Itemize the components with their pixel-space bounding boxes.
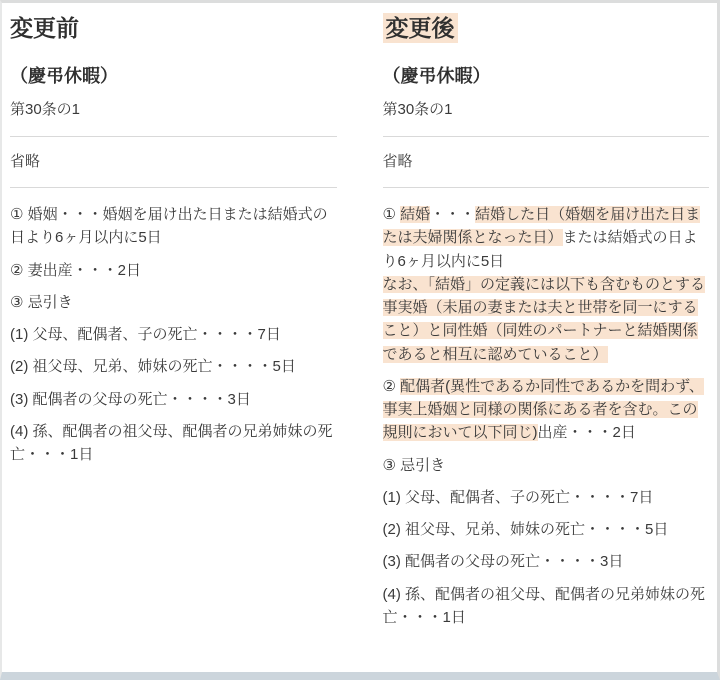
rule-item: ② 妻出産・・・2日 [10,259,337,282]
rule-item: (3) 配偶者の父母の死亡・・・・3日 [383,550,710,573]
text-run: (4) 孫、配偶者の祖父母、配偶者の兄弟姉妹の死亡・・・1日 [10,423,333,463]
text-run: (1) 父母、配偶者、子の死亡・・・・7日 [10,326,281,343]
before-article-number: 第30条の1 [10,99,337,122]
text-run: (3) 配偶者の父母の死亡・・・・3日 [10,391,251,408]
text-run: ・・・ [430,206,475,223]
text-run: (2) 祖父母、兄弟、姉妹の死亡・・・・5日 [10,358,296,375]
rule-item: ① 結婚・・・結婚した日（婚姻を届け出た日または夫婦関係となった日）または結婚式… [383,203,710,366]
before-column: 変更前 （慶弔休暇） 第30条の1 省略 ① 婚姻・・・婚姻を届け出た日または結… [10,15,337,638]
text-run: ② [383,378,401,395]
highlighted-text: なお、「結婚」の定義には以下も含むものとする 事実婚（未届の妻または夫と世帯を同… [383,276,706,363]
regulation-comparison-page: 変更前 （慶弔休暇） 第30条の1 省略 ① 婚姻・・・婚姻を届け出た日または結… [0,0,720,680]
before-title-text: 変更前 [10,15,79,41]
divider [10,136,337,137]
before-rules-list: ① 婚姻・・・婚姻を届け出た日または結婚式の日より6ヶ月以内に5日② 妻出産・・… [10,203,337,466]
divider [10,187,337,188]
after-rules-list: ① 結婚・・・結婚した日（婚姻を届け出た日または夫婦関係となった日）または結婚式… [383,203,710,629]
text-run: ② 妻出産・・・2日 [10,262,141,279]
text-run: ③ 忌引き [10,294,73,311]
divider [383,136,710,137]
after-section-heading: （慶弔休暇） [383,66,710,88]
text-run: ③ 忌引き [383,457,446,474]
rule-item: (4) 孫、配偶者の祖父母、配偶者の兄弟姉妹の死亡・・・1日 [10,420,337,467]
text-run: 出産・・・2日 [538,424,636,441]
text-run: (1) 父母、配偶者、子の死亡・・・・7日 [383,489,654,506]
divider [383,187,710,188]
rule-item: (3) 配偶者の父母の死亡・・・・3日 [10,388,337,411]
rule-item: ③ 忌引き [10,291,337,314]
before-omitted-label: 省略 [10,151,337,174]
text-run: ① [383,206,401,223]
after-title-text: 変更後 [383,13,458,43]
after-omitted-label: 省略 [383,151,710,174]
rule-item: (2) 祖父母、兄弟、姉妹の死亡・・・・5日 [383,518,710,541]
text-run: (2) 祖父母、兄弟、姉妹の死亡・・・・5日 [383,521,669,538]
comparison-columns: 変更前 （慶弔休暇） 第30条の1 省略 ① 婚姻・・・婚姻を届け出た日または結… [2,3,717,638]
after-column-title: 変更後 [383,15,710,43]
text-run: ① 婚姻・・・婚姻を届け出た日または結婚式の日より6ヶ月以内に5日 [10,206,328,246]
text-run: (3) 配偶者の父母の死亡・・・・3日 [383,553,624,570]
rule-item: (4) 孫、配偶者の祖父母、配偶者の兄弟姉妹の死亡・・・1日 [383,583,710,630]
rule-item: ③ 忌引き [383,454,710,477]
rule-item: (1) 父母、配偶者、子の死亡・・・・7日 [383,486,710,509]
after-column: 変更後 （慶弔休暇） 第30条の1 省略 ① 結婚・・・結婚した日（婚姻を届け出… [383,15,710,638]
rule-item: (2) 祖父母、兄弟、姉妹の死亡・・・・5日 [10,355,337,378]
before-column-title: 変更前 [10,15,337,43]
rule-item: ① 婚姻・・・婚姻を届け出た日または結婚式の日より6ヶ月以内に5日 [10,203,337,250]
rule-item: ② 配偶者(異性であるか同性であるかを問わず、事実上婚姻と同様の関係にある者を含… [383,375,710,445]
rule-item: (1) 父母、配偶者、子の死亡・・・・7日 [10,323,337,346]
highlighted-text: 結婚 [400,206,430,223]
after-article-number: 第30条の1 [383,99,710,122]
text-run: (4) 孫、配偶者の祖父母、配偶者の兄弟姉妹の死亡・・・1日 [383,586,706,626]
before-section-heading: （慶弔休暇） [10,66,337,88]
